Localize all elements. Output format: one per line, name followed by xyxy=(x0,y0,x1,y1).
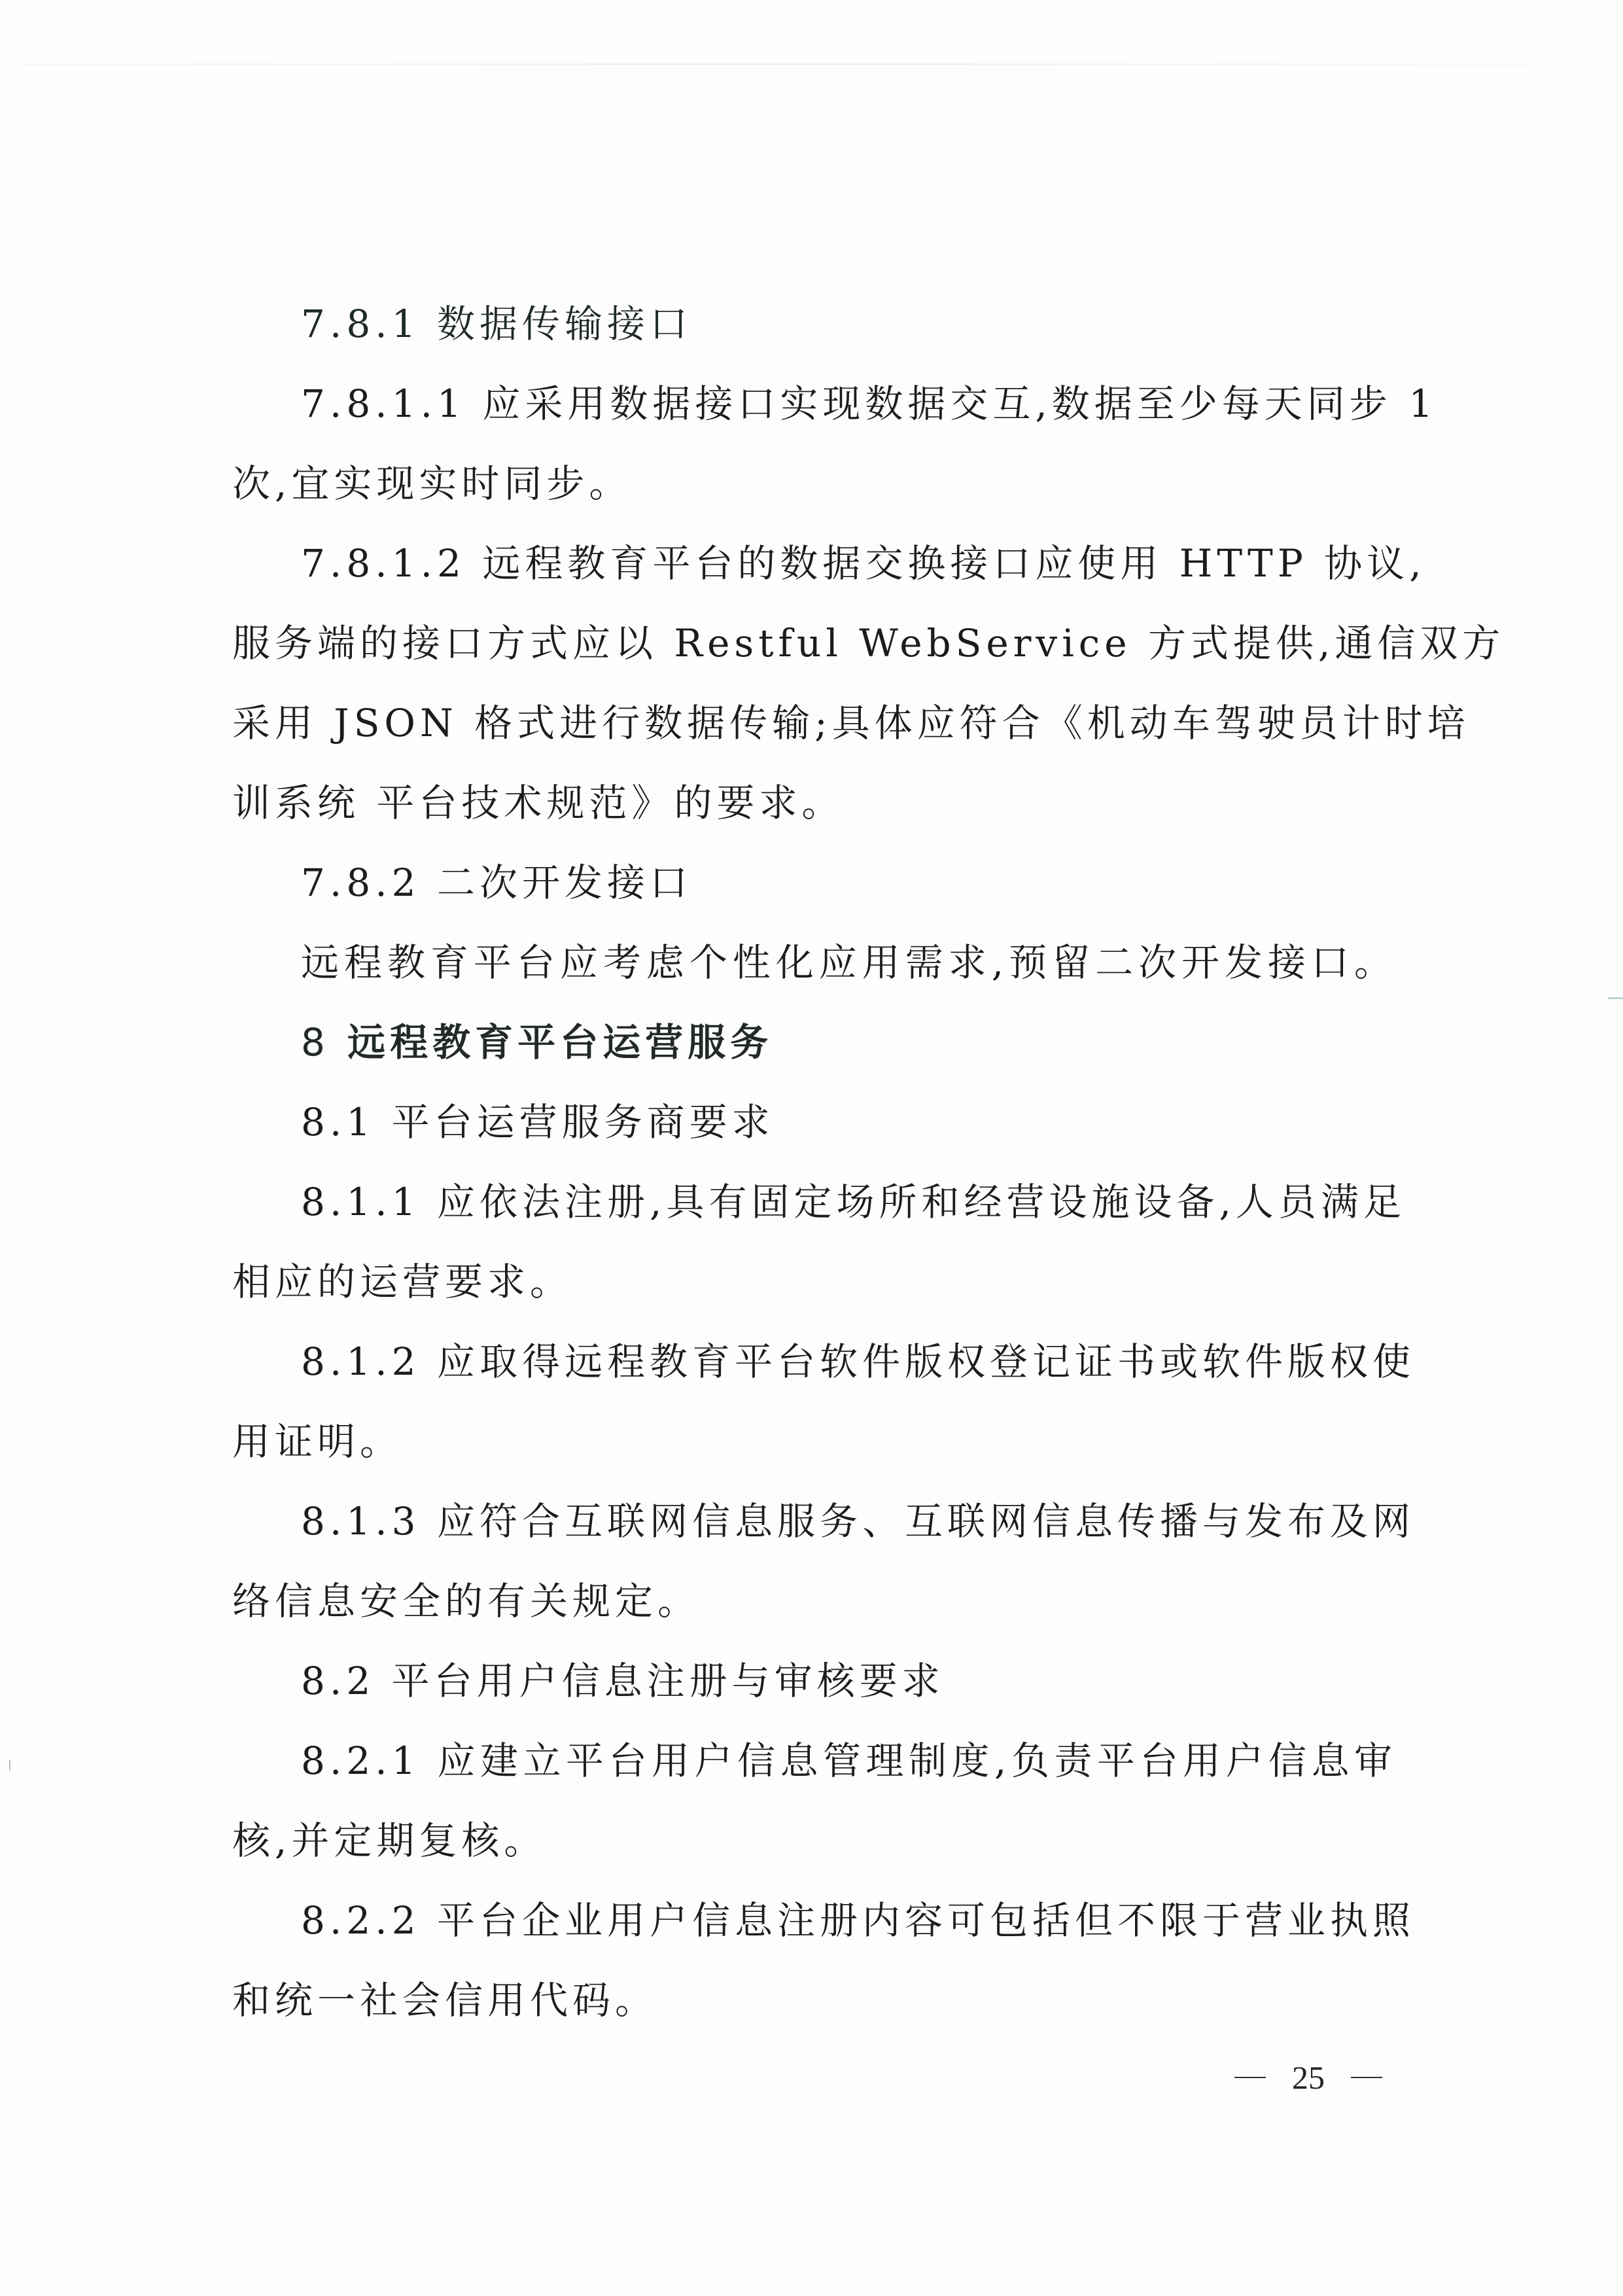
section-number: 8 xyxy=(301,1020,330,1065)
subheading-7-8-1: 7.8.1 数据传输接口 xyxy=(301,298,1397,350)
paragraph-8-1-3-line-1: 8.1.3 应符合互联网信息服务、互联网信息传播与发布及网 xyxy=(301,1495,1397,1547)
paragraph-8-2-2-line-2: 和统一社会信用代码。 xyxy=(232,1974,1397,2026)
subheading-8-1: 8.1 平台运营服务商要求 xyxy=(301,1096,1397,1148)
paragraph-8-1-1-line-2: 相应的运营要求。 xyxy=(232,1256,1397,1308)
paragraph-8-2-1-line-2: 核,并定期复核。 xyxy=(232,1814,1397,1867)
paragraph-7-8-1-2-line-4: 训系统 平台技术规范》的要求。 xyxy=(232,777,1397,829)
paragraph-8-1-2-line-1: 8.1.2 应取得远程教育平台软件版权登记证书或软件版权使 xyxy=(301,1335,1397,1388)
paragraph-8-1-2-line-2: 用证明。 xyxy=(232,1415,1397,1468)
paragraph-7-8-2-line-1: 远程教育平台应考虑个性化应用需求,预留二次开发接口。 xyxy=(301,936,1397,989)
em-dash-right xyxy=(1351,2077,1382,2078)
paragraph-8-1-1-line-1: 8.1.1 应依法注册,具有固定场所和经营设施设备,人员满足 xyxy=(301,1176,1397,1228)
scan-artifact-left xyxy=(9,1760,10,1771)
paragraph-8-2-1-line-1: 8.2.1 应建立平台用户信息管理制度,负责平台用户信息审 xyxy=(301,1735,1397,1787)
section-heading-8: 8 远程教育平台运营服务 xyxy=(301,1016,1397,1069)
subheading-7-8-2: 7.8.2 二次开发接口 xyxy=(301,857,1397,909)
paragraph-8-1-3-line-2: 络信息安全的有关规定。 xyxy=(232,1575,1397,1627)
page-number: 25 xyxy=(1292,2055,1325,2100)
paragraph-7-8-1-2-line-1: 7.8.1.2 远程教育平台的数据交换接口应使用 HTTP 协议, xyxy=(301,537,1397,590)
section-title: 远程教育平台运营服务 xyxy=(347,1020,773,1065)
page-number-footer: 25 xyxy=(1204,2055,1413,2100)
paragraph-7-8-1-2-line-2: 服务端的接口方式应以 Restful WebService 方式提供,通信双方 xyxy=(232,617,1397,669)
paragraph-8-2-2-line-1: 8.2.2 平台企业用户信息注册内容可包括但不限于营业执照 xyxy=(301,1894,1397,1947)
paragraph-7-8-1-2-line-3: 采用 JSON 格式进行数据传输;具体应符合《机动车驾驶员计时培 xyxy=(232,697,1397,749)
subheading-8-2: 8.2 平台用户信息注册与审核要求 xyxy=(301,1655,1397,1707)
document-page: 7.8.1 数据传输接口 7.8.1.1 应采用数据接口实现数据交互,数据至少每… xyxy=(0,0,1623,2296)
scan-artifact-top xyxy=(20,63,1597,65)
em-dash-left xyxy=(1234,2077,1266,2078)
paragraph-7-8-1-1-line-1: 7.8.1.1 应采用数据接口实现数据交互,数据至少每天同步 1 xyxy=(301,378,1397,430)
paragraph-7-8-1-1-line-2: 次,宜实现实时同步。 xyxy=(232,457,1397,510)
scan-artifact-right xyxy=(1608,997,1623,999)
